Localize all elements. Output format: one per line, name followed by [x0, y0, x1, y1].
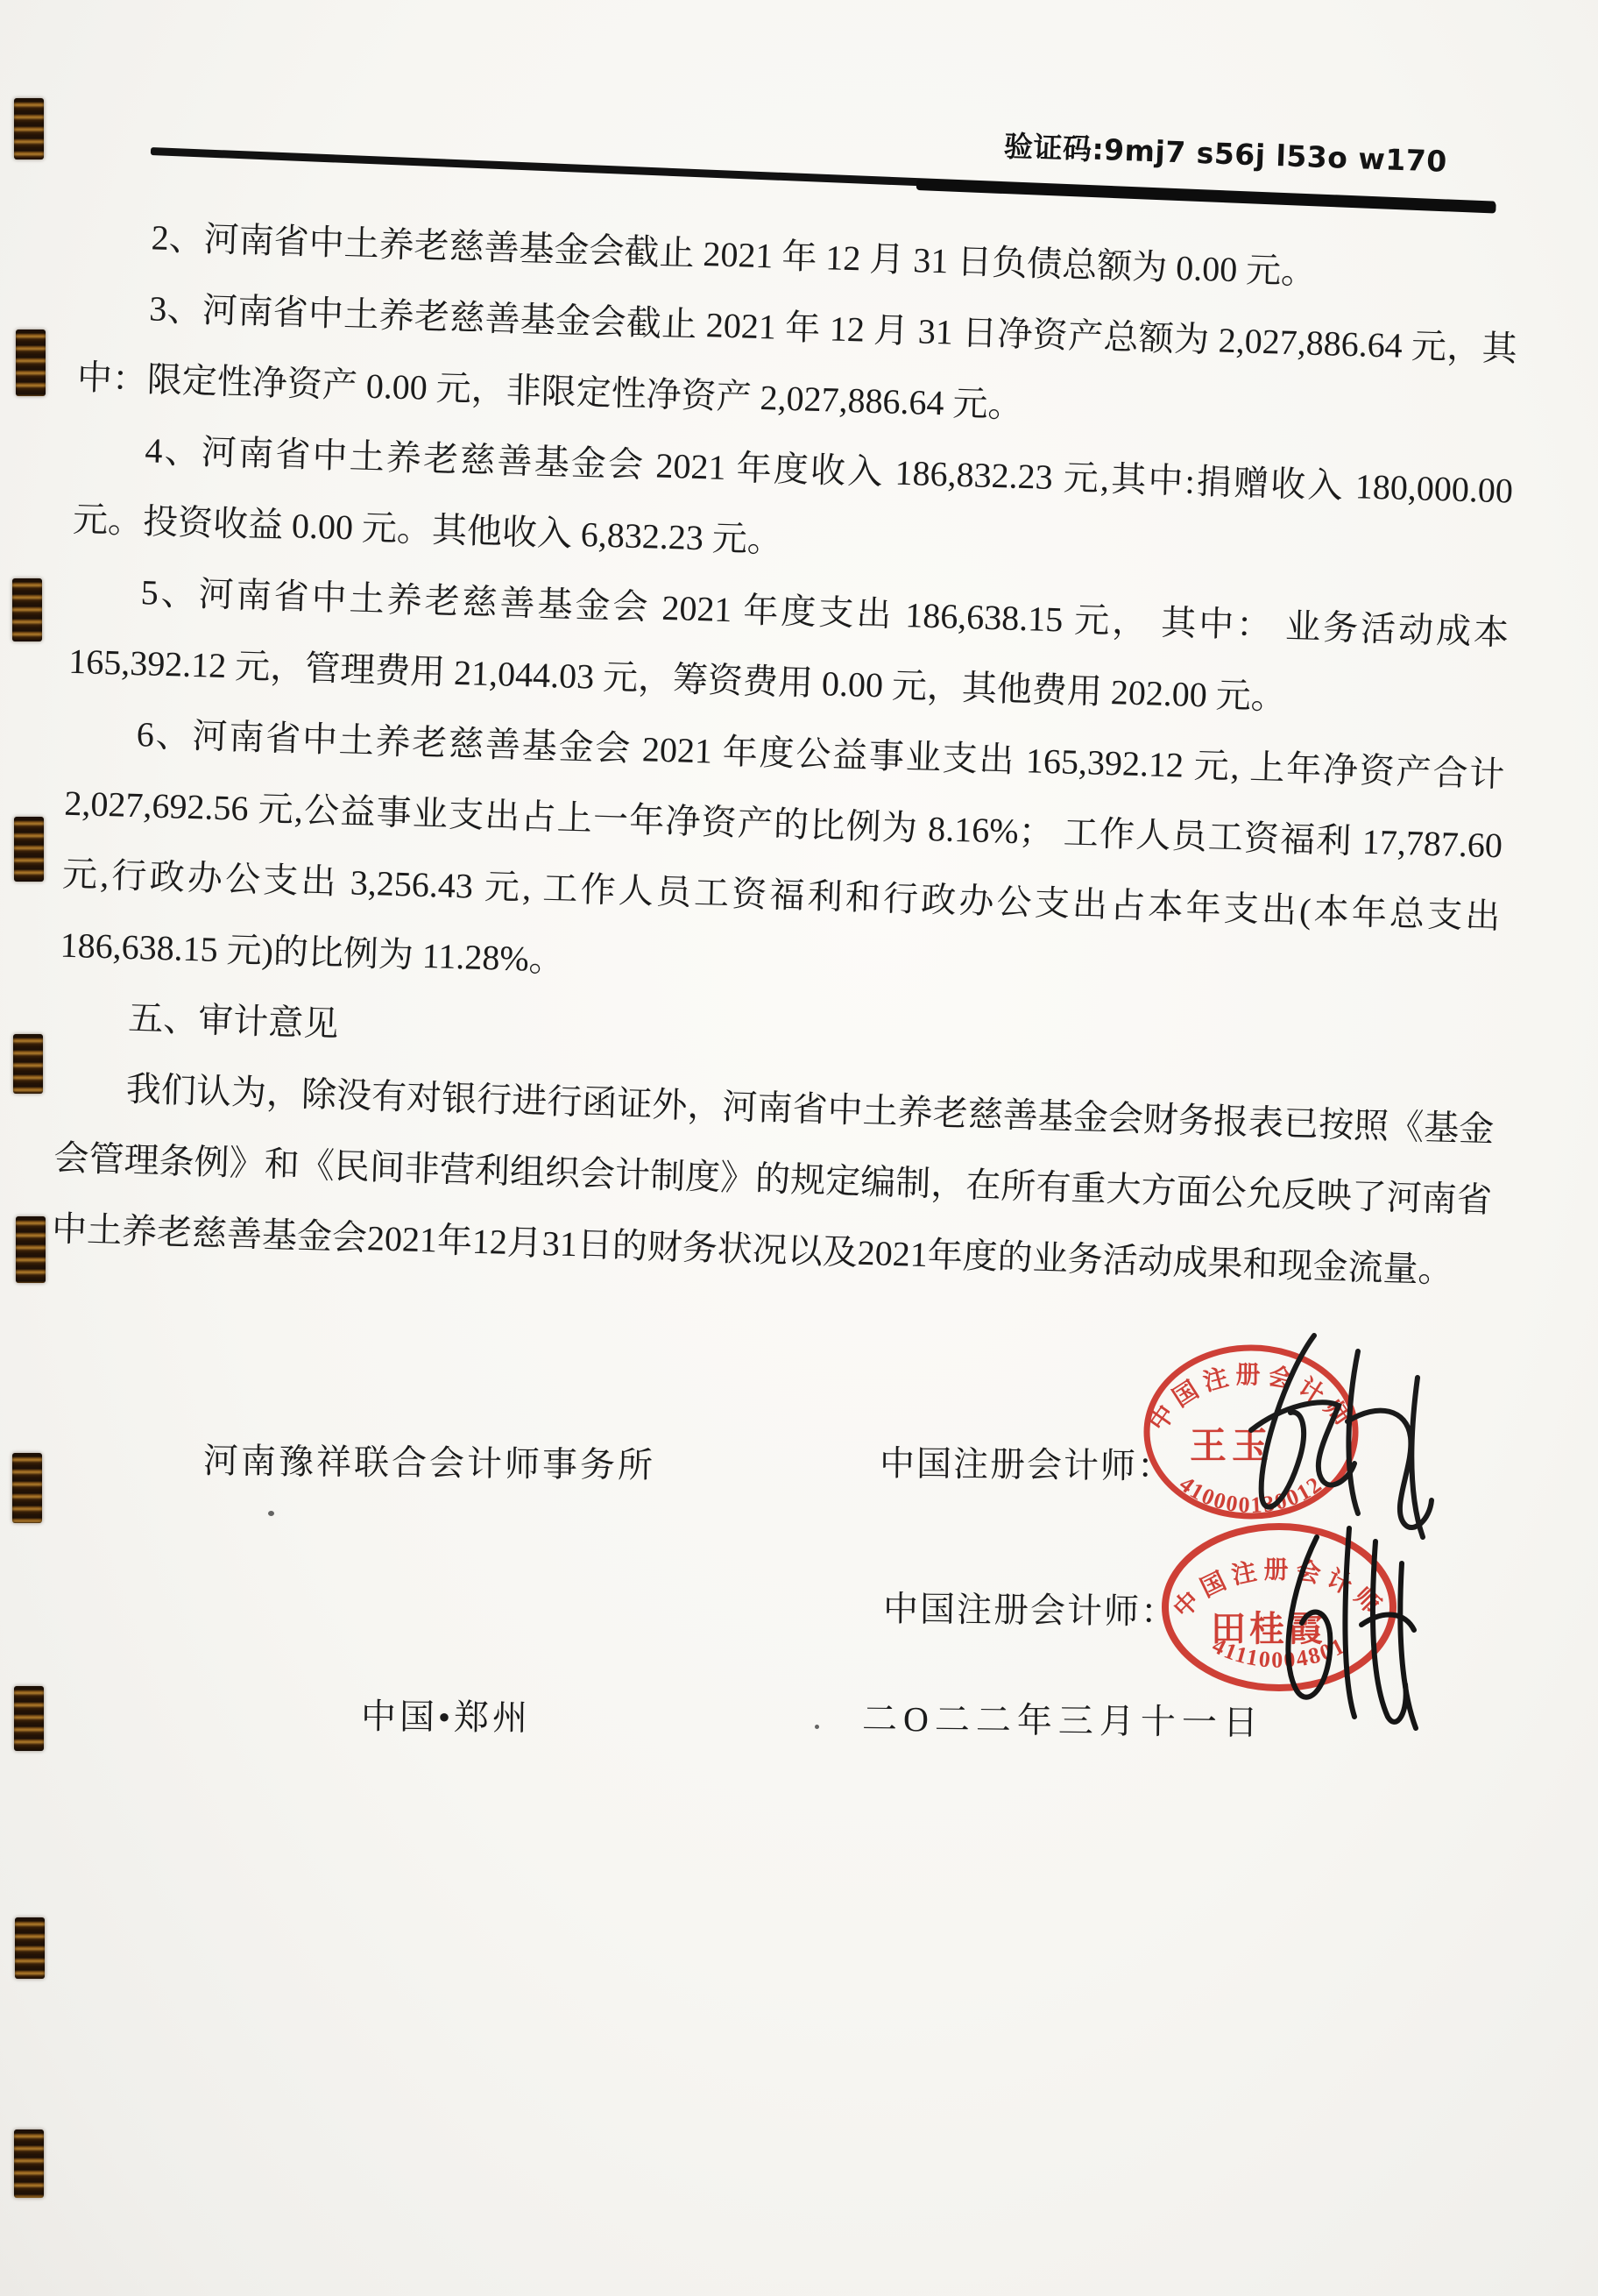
scan-speck	[815, 1725, 819, 1729]
report-body: 2、河南省中土养老慈善基金会截止 2021 年 12 月 31 日负债总额为 0…	[51, 200, 1520, 1307]
binding-mark	[14, 1686, 44, 1751]
scan-speck	[268, 1511, 274, 1516]
stamp1-cpa-name: 王玉	[1190, 1427, 1274, 1467]
cpa-stamp-2: 中国注册会计师 田桂霞 41110004801	[1146, 1511, 1496, 1782]
binding-mark	[14, 98, 44, 159]
binding-mark	[14, 2129, 44, 2198]
binding-mark	[12, 578, 42, 641]
binding-mark	[12, 1453, 42, 1523]
binding-mark	[15, 1917, 45, 1979]
binding-mark	[16, 330, 46, 396]
paragraph-audit-opinion: 我们认为，除没有对银行进行函证外，河南省中土养老慈善基金会财务报表已按照《基金会…	[51, 1052, 1495, 1307]
binding-mark	[14, 817, 44, 882]
binding-mark	[13, 1034, 43, 1094]
paragraph-charity-expense-ratio: 6、河南省中土养老慈善基金会 2021 年度公益事业支出 165,392.12 …	[60, 697, 1506, 1024]
location-text: 中国•郑州	[361, 1689, 532, 1740]
accounting-firm-name: 河南豫祥联合会计师事务所	[203, 1433, 656, 1487]
cpa-label-2: 中国注册会计师：	[883, 1581, 1178, 1634]
scanned-audit-report-page: 验证码:9mj7 s56j l53o w170 2、河南省中土养老慈善基金会截止…	[0, 0, 1598, 2296]
header-rule-thick-segment	[916, 179, 1496, 214]
binding-mark	[16, 1216, 46, 1283]
verification-code: 验证码:9mj7 s56j l53o w170	[1003, 124, 1447, 181]
